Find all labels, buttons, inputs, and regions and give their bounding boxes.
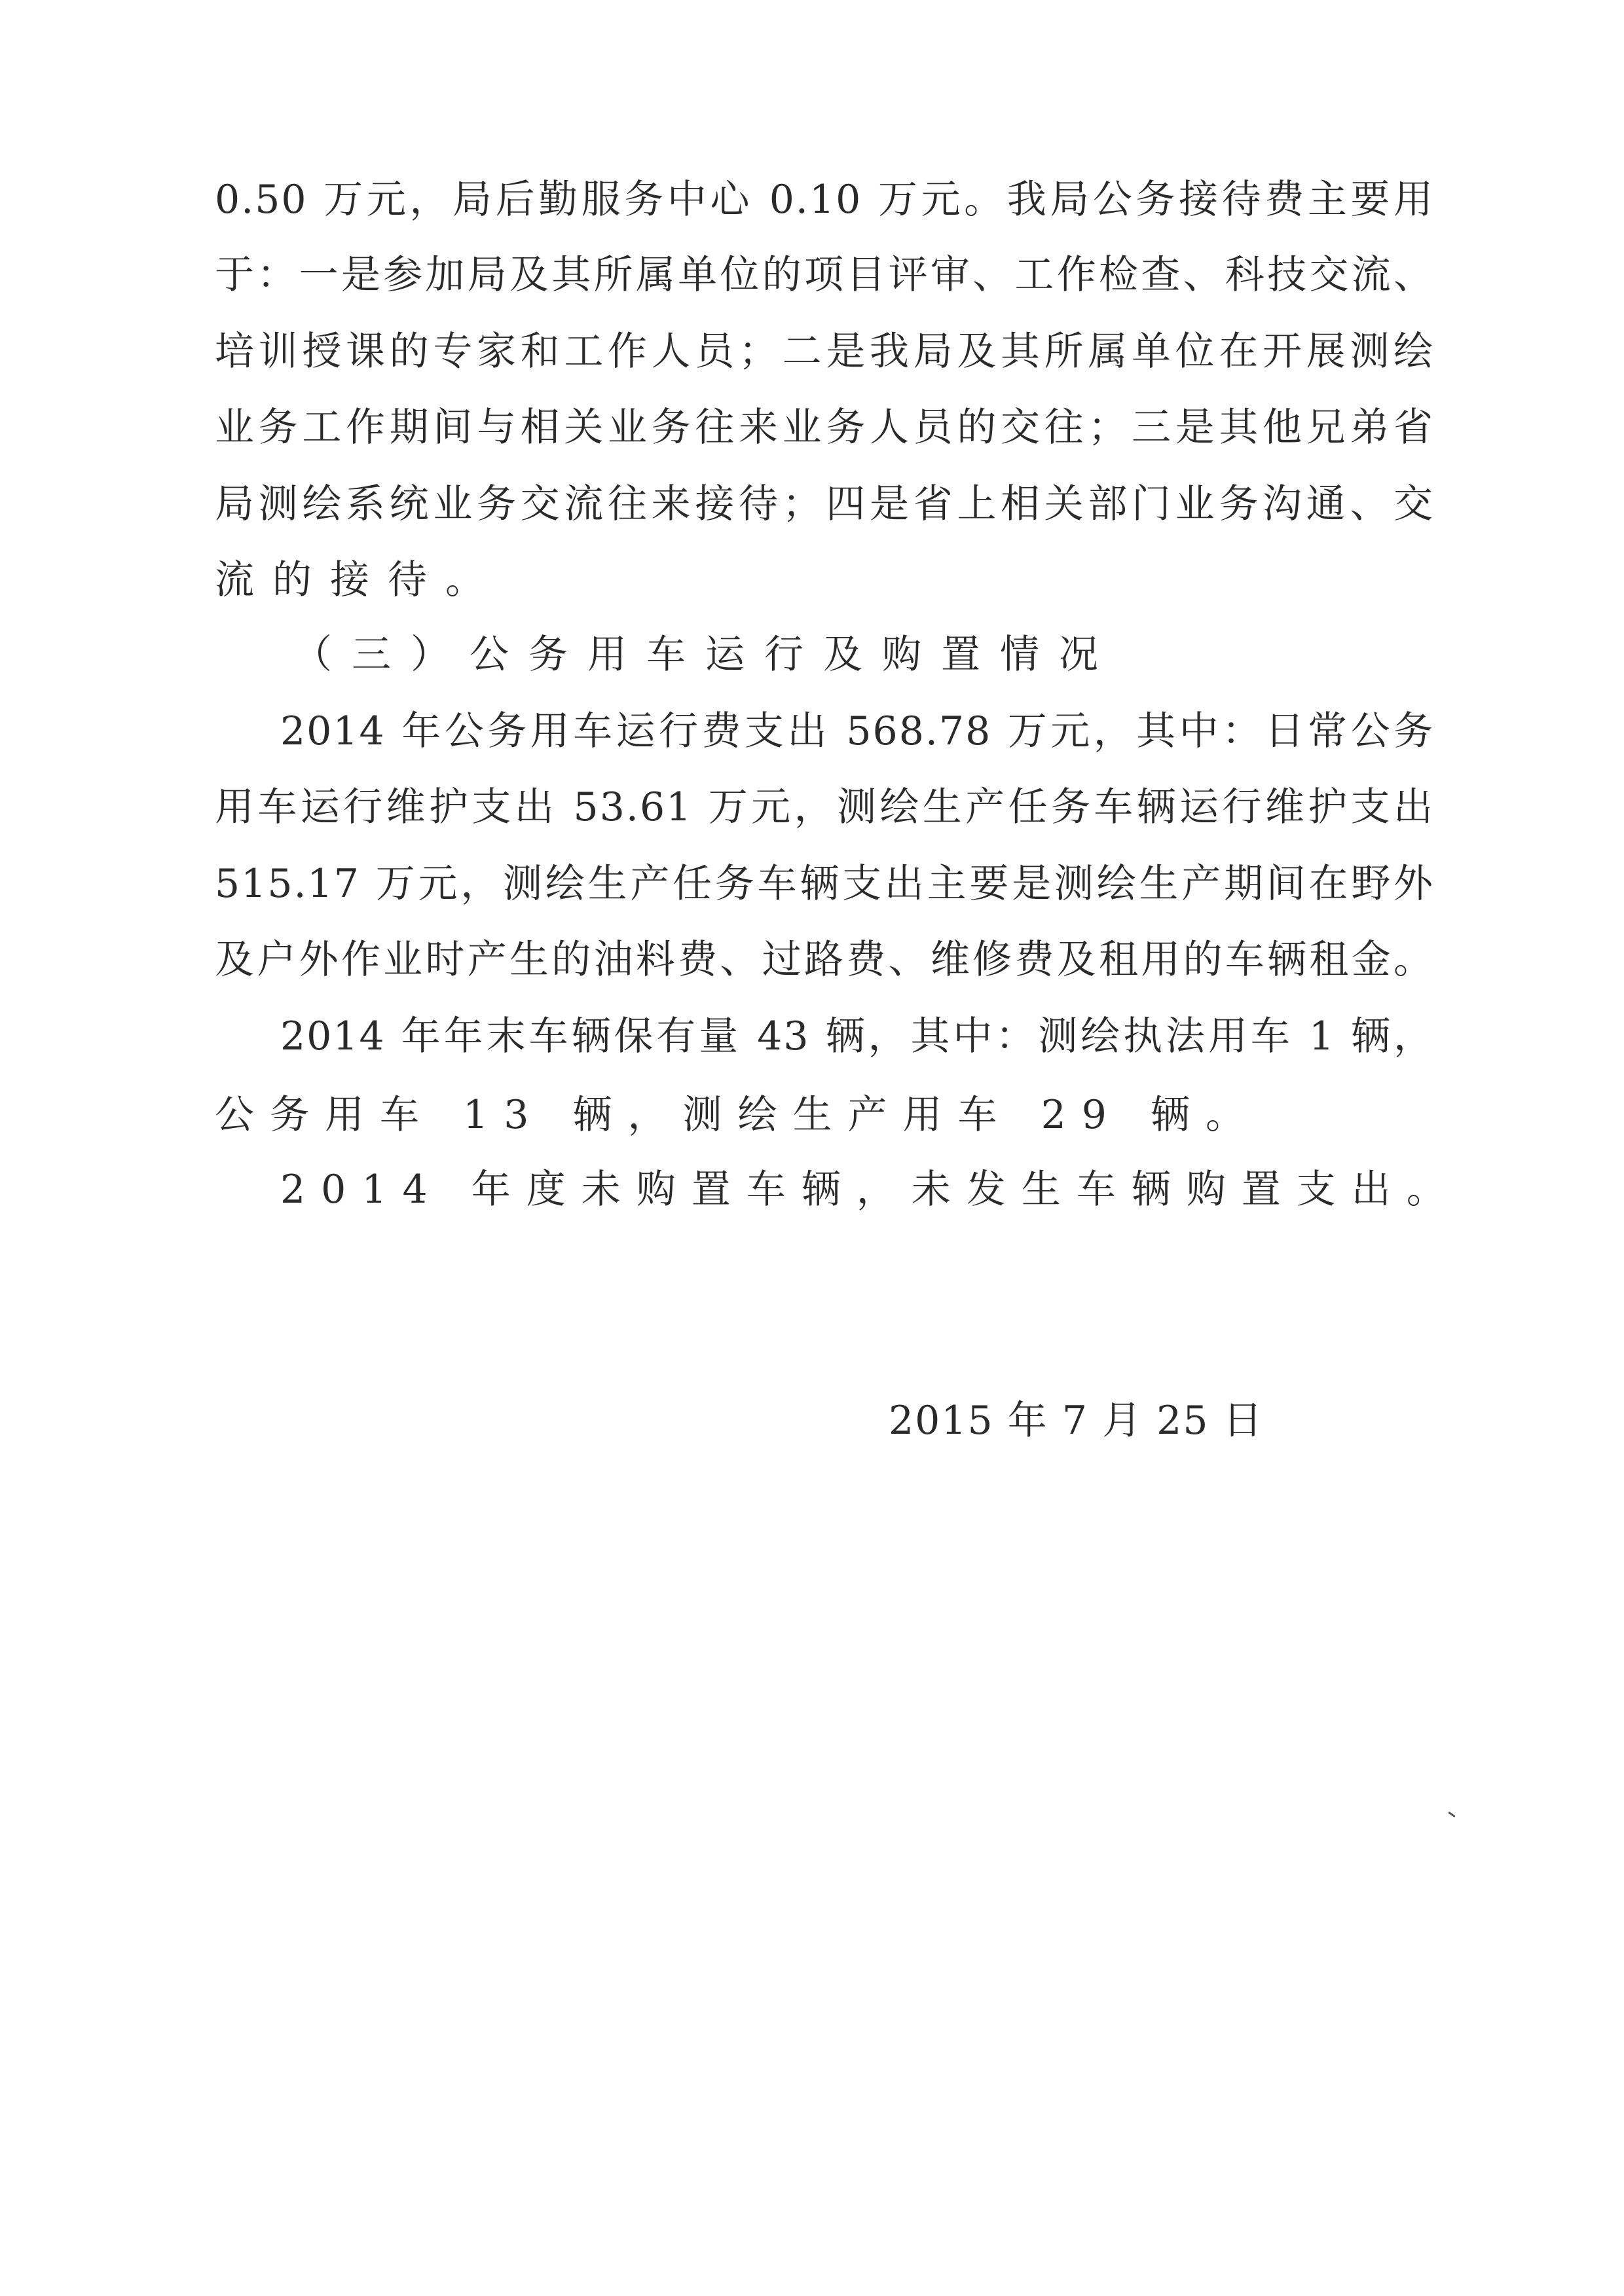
scan-artifact [1448, 1812, 1456, 1817]
paragraph-line: 515.17 万元，测绘生产任务车辆支出主要是测绘生产期间在野外 [215, 858, 1434, 910]
paragraph-line: 局测绘系统业务交流往来接待；四是省上相关部门业务沟通、交 [215, 478, 1434, 530]
paragraph-line: 用车运行维护支出 53.61 万元，测绘生产任务车辆运行维护支出 [215, 781, 1434, 833]
paragraph-line: 0.50 万元，局后勤服务中心 0.10 万元。我局公务接待费主要用 [215, 173, 1434, 226]
paragraph-line: 公务用车 13 辆，测绘生产用车 29 辆。 [215, 1089, 1261, 1141]
paragraph-line: 培训授课的专家和工作人员；二是我局及其所属单位在开展测绘 [215, 325, 1434, 378]
paragraph-line: 流的接待。 [215, 554, 503, 606]
document-date: 2015 年 7 月 25 日 [889, 1394, 1132, 1447]
paragraph-line: 2014 年年末车辆保有量 43 辆，其中：测绘执法用车 1 辆， [280, 1010, 1434, 1063]
paragraph-line: 2014 年公务用车运行费支出 568.78 万元，其中：日常公务 [280, 705, 1434, 757]
paragraph-line: 业务工作期间与相关业务往来业务人员的交往；三是其他兄弟省 [215, 401, 1434, 454]
paragraph-line: 于：一是参加局及其所属单位的项目评审、工作检查、科技交流、 [215, 249, 1434, 301]
document-page: 0.50 万元，局后勤服务中心 0.10 万元。我局公务接待费主要用 于：一是参… [0, 0, 1624, 2296]
paragraph-line: 及户外作业时产生的油料费、过路费、维修费及租用的车辆租金。 [215, 934, 1434, 986]
section-heading: （三）公务用车运行及购置情况 [293, 629, 1118, 681]
paragraph-line: 2014 年度未购置车辆，未发生车辆购置支出。 [280, 1163, 1462, 1216]
